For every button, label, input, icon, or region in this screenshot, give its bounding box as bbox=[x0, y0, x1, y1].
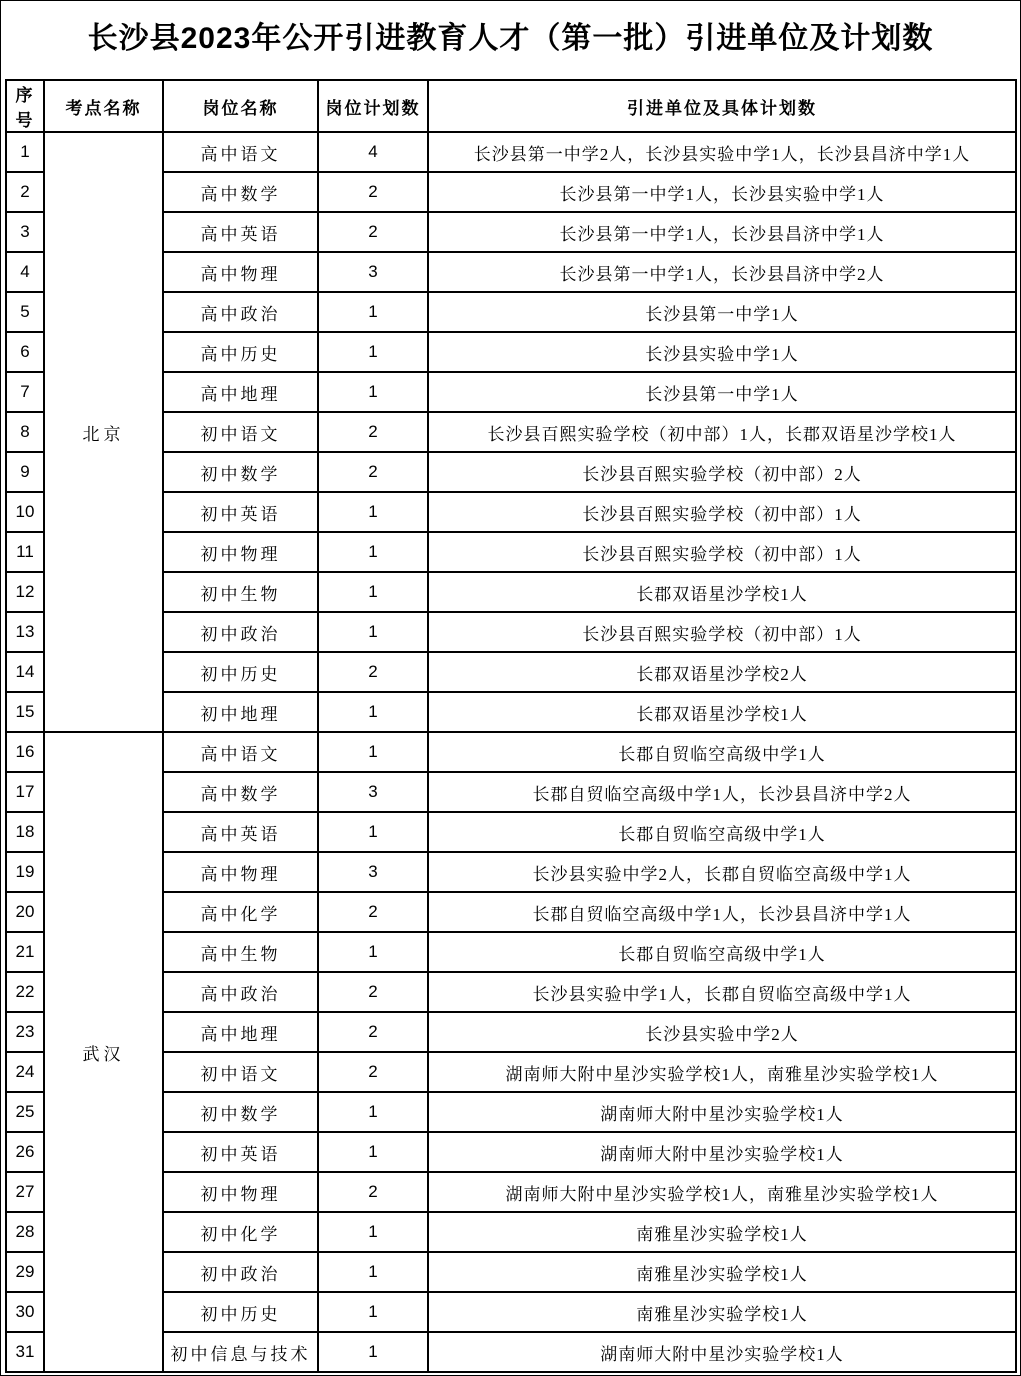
units-cell: 长沙县实验中学1人，长郡自贸临空高级中学1人 bbox=[428, 972, 1016, 1012]
units-cell: 湖南师大附中星沙实验学校1人，南雅星沙实验学校1人 bbox=[428, 1052, 1016, 1092]
plan-count-cell: 2 bbox=[318, 172, 428, 212]
plan-count-cell: 1 bbox=[318, 692, 428, 732]
units-cell: 长沙县百熙实验学校（初中部）1人 bbox=[428, 532, 1016, 572]
plan-count-cell: 2 bbox=[318, 1012, 428, 1052]
plan-count-cell: 2 bbox=[318, 652, 428, 692]
site-cell-beijing: 北京 bbox=[44, 132, 163, 732]
row-number-cell: 26 bbox=[6, 1132, 44, 1172]
row-number-cell: 20 bbox=[6, 892, 44, 932]
plan-count-cell: 1 bbox=[318, 812, 428, 852]
plan-count-cell: 1 bbox=[318, 572, 428, 612]
document-page: 长沙县2023年公开引进教育人才（第一批）引进单位及计划数 序号 考点名称 岗位… bbox=[0, 0, 1021, 1376]
units-cell: 南雅星沙实验学校1人 bbox=[428, 1252, 1016, 1292]
site-cell-wuhan: 武汉 bbox=[44, 732, 163, 1372]
plan-count-cell: 1 bbox=[318, 532, 428, 572]
row-number-cell: 22 bbox=[6, 972, 44, 1012]
units-cell: 长沙县第一中学1人，长沙县实验中学1人 bbox=[428, 172, 1016, 212]
plan-count-cell: 1 bbox=[318, 1292, 428, 1332]
row-number-cell: 1 bbox=[6, 132, 44, 172]
position-cell: 高中地理 bbox=[163, 1012, 318, 1052]
position-cell: 高中政治 bbox=[163, 972, 318, 1012]
header-position: 岗位名称 bbox=[163, 80, 318, 132]
units-cell: 长郡自贸临空高级中学1人 bbox=[428, 732, 1016, 772]
position-cell: 初中物理 bbox=[163, 1172, 318, 1212]
units-cell: 长沙县第一中学1人，长沙县昌济中学2人 bbox=[428, 252, 1016, 292]
units-cell: 长郡双语星沙学校1人 bbox=[428, 572, 1016, 612]
units-cell: 长沙县第一中学2人，长沙县实验中学1人，长沙县昌济中学1人 bbox=[428, 132, 1016, 172]
position-cell: 高中生物 bbox=[163, 932, 318, 972]
position-cell: 初中英语 bbox=[163, 492, 318, 532]
position-cell: 高中语文 bbox=[163, 132, 318, 172]
plan-count-cell: 3 bbox=[318, 772, 428, 812]
units-cell: 长沙县第一中学1人 bbox=[428, 292, 1016, 332]
plan-count-cell: 1 bbox=[318, 732, 428, 772]
header-no: 序号 bbox=[6, 80, 44, 132]
position-cell: 高中英语 bbox=[163, 812, 318, 852]
position-cell: 初中政治 bbox=[163, 1252, 318, 1292]
position-cell: 初中物理 bbox=[163, 532, 318, 572]
plan-count-cell: 1 bbox=[318, 492, 428, 532]
row-number-cell: 2 bbox=[6, 172, 44, 212]
plan-count-cell: 2 bbox=[318, 452, 428, 492]
position-cell: 高中地理 bbox=[163, 372, 318, 412]
units-cell: 长沙县实验中学1人 bbox=[428, 332, 1016, 372]
units-cell: 湖南师大附中星沙实验学校1人 bbox=[428, 1092, 1016, 1132]
position-cell: 初中数学 bbox=[163, 452, 318, 492]
position-cell: 初中信息与技术 bbox=[163, 1332, 318, 1372]
position-cell: 初中历史 bbox=[163, 1292, 318, 1332]
row-number-cell: 8 bbox=[6, 412, 44, 452]
units-cell: 长郡自贸临空高级中学1人 bbox=[428, 812, 1016, 852]
plan-count-cell: 1 bbox=[318, 612, 428, 652]
header-site: 考点名称 bbox=[44, 80, 163, 132]
recruitment-plan-table: 序号 考点名称 岗位名称 岗位计划数 引进单位及具体计划数 1北京高中语文4长沙… bbox=[5, 79, 1017, 1373]
position-cell: 高中化学 bbox=[163, 892, 318, 932]
position-cell: 高中数学 bbox=[163, 172, 318, 212]
row-number-cell: 9 bbox=[6, 452, 44, 492]
plan-count-cell: 3 bbox=[318, 252, 428, 292]
units-cell: 长沙县百熙实验学校（初中部）2人 bbox=[428, 452, 1016, 492]
plan-count-cell: 1 bbox=[318, 1332, 428, 1372]
position-cell: 初中政治 bbox=[163, 612, 318, 652]
row-number-cell: 21 bbox=[6, 932, 44, 972]
row-number-cell: 13 bbox=[6, 612, 44, 652]
units-cell: 长郡双语星沙学校1人 bbox=[428, 692, 1016, 732]
units-cell: 长沙县实验中学2人 bbox=[428, 1012, 1016, 1052]
plan-count-cell: 2 bbox=[318, 892, 428, 932]
position-cell: 初中化学 bbox=[163, 1212, 318, 1252]
units-cell: 长郡自贸临空高级中学1人，长沙县昌济中学1人 bbox=[428, 892, 1016, 932]
units-cell: 南雅星沙实验学校1人 bbox=[428, 1292, 1016, 1332]
row-number-cell: 24 bbox=[6, 1052, 44, 1092]
plan-count-cell: 2 bbox=[318, 972, 428, 1012]
units-cell: 长沙县第一中学1人，长沙县昌济中学1人 bbox=[428, 212, 1016, 252]
units-cell: 长沙县百熙实验学校（初中部）1人，长郡双语星沙学校1人 bbox=[428, 412, 1016, 452]
plan-count-cell: 1 bbox=[318, 372, 428, 412]
row-number-cell: 28 bbox=[6, 1212, 44, 1252]
units-cell: 长沙县实验中学2人，长郡自贸临空高级中学1人 bbox=[428, 852, 1016, 892]
position-cell: 初中语文 bbox=[163, 412, 318, 452]
units-cell: 湖南师大附中星沙实验学校1人 bbox=[428, 1132, 1016, 1172]
row-number-cell: 10 bbox=[6, 492, 44, 532]
plan-count-cell: 1 bbox=[318, 1252, 428, 1292]
plan-count-cell: 1 bbox=[318, 332, 428, 372]
row-number-cell: 5 bbox=[6, 292, 44, 332]
plan-count-cell: 3 bbox=[318, 852, 428, 892]
row-number-cell: 19 bbox=[6, 852, 44, 892]
plan-count-cell: 2 bbox=[318, 1052, 428, 1092]
row-number-cell: 4 bbox=[6, 252, 44, 292]
position-cell: 高中物理 bbox=[163, 852, 318, 892]
plan-count-cell: 1 bbox=[318, 1212, 428, 1252]
position-cell: 初中历史 bbox=[163, 652, 318, 692]
row-number-cell: 16 bbox=[6, 732, 44, 772]
row-number-cell: 27 bbox=[6, 1172, 44, 1212]
plan-count-cell: 1 bbox=[318, 1132, 428, 1172]
units-cell: 长沙县百熙实验学校（初中部）1人 bbox=[428, 612, 1016, 652]
plan-count-cell: 4 bbox=[318, 132, 428, 172]
row-number-cell: 11 bbox=[6, 532, 44, 572]
position-cell: 高中语文 bbox=[163, 732, 318, 772]
units-cell: 长沙县百熙实验学校（初中部）1人 bbox=[428, 492, 1016, 532]
table-row: 1北京高中语文4长沙县第一中学2人，长沙县实验中学1人，长沙县昌济中学1人 bbox=[6, 132, 1016, 172]
position-cell: 高中英语 bbox=[163, 212, 318, 252]
position-cell: 初中数学 bbox=[163, 1092, 318, 1132]
units-cell: 湖南师大附中星沙实验学校1人，南雅星沙实验学校1人 bbox=[428, 1172, 1016, 1212]
position-cell: 高中历史 bbox=[163, 332, 318, 372]
header-plan: 岗位计划数 bbox=[318, 80, 428, 132]
row-number-cell: 30 bbox=[6, 1292, 44, 1332]
row-number-cell: 14 bbox=[6, 652, 44, 692]
table-row: 16武汉高中语文1长郡自贸临空高级中学1人 bbox=[6, 732, 1016, 772]
page-title: 长沙县2023年公开引进教育人才（第一批）引进单位及计划数 bbox=[1, 1, 1020, 79]
row-number-cell: 29 bbox=[6, 1252, 44, 1292]
header-units: 引进单位及具体计划数 bbox=[428, 80, 1016, 132]
position-cell: 初中生物 bbox=[163, 572, 318, 612]
plan-count-cell: 2 bbox=[318, 412, 428, 452]
units-cell: 长郡双语星沙学校2人 bbox=[428, 652, 1016, 692]
plan-count-cell: 1 bbox=[318, 932, 428, 972]
row-number-cell: 6 bbox=[6, 332, 44, 372]
position-cell: 高中数学 bbox=[163, 772, 318, 812]
row-number-cell: 25 bbox=[6, 1092, 44, 1132]
row-number-cell: 18 bbox=[6, 812, 44, 852]
row-number-cell: 15 bbox=[6, 692, 44, 732]
units-cell: 南雅星沙实验学校1人 bbox=[428, 1212, 1016, 1252]
position-cell: 初中英语 bbox=[163, 1132, 318, 1172]
row-number-cell: 7 bbox=[6, 372, 44, 412]
row-number-cell: 23 bbox=[6, 1012, 44, 1052]
plan-count-cell: 2 bbox=[318, 1172, 428, 1212]
plan-count-cell: 1 bbox=[318, 292, 428, 332]
plan-count-cell: 2 bbox=[318, 212, 428, 252]
position-cell: 高中政治 bbox=[163, 292, 318, 332]
row-number-cell: 17 bbox=[6, 772, 44, 812]
position-cell: 初中地理 bbox=[163, 692, 318, 732]
position-cell: 高中物理 bbox=[163, 252, 318, 292]
row-number-cell: 12 bbox=[6, 572, 44, 612]
units-cell: 长郡自贸临空高级中学1人 bbox=[428, 932, 1016, 972]
position-cell: 初中语文 bbox=[163, 1052, 318, 1092]
plan-count-cell: 1 bbox=[318, 1092, 428, 1132]
units-cell: 长沙县第一中学1人 bbox=[428, 372, 1016, 412]
units-cell: 湖南师大附中星沙实验学校1人 bbox=[428, 1332, 1016, 1372]
row-number-cell: 3 bbox=[6, 212, 44, 252]
units-cell: 长郡自贸临空高级中学1人，长沙县昌济中学2人 bbox=[428, 772, 1016, 812]
row-number-cell: 31 bbox=[6, 1332, 44, 1372]
table-header-row: 序号 考点名称 岗位名称 岗位计划数 引进单位及具体计划数 bbox=[6, 80, 1016, 132]
